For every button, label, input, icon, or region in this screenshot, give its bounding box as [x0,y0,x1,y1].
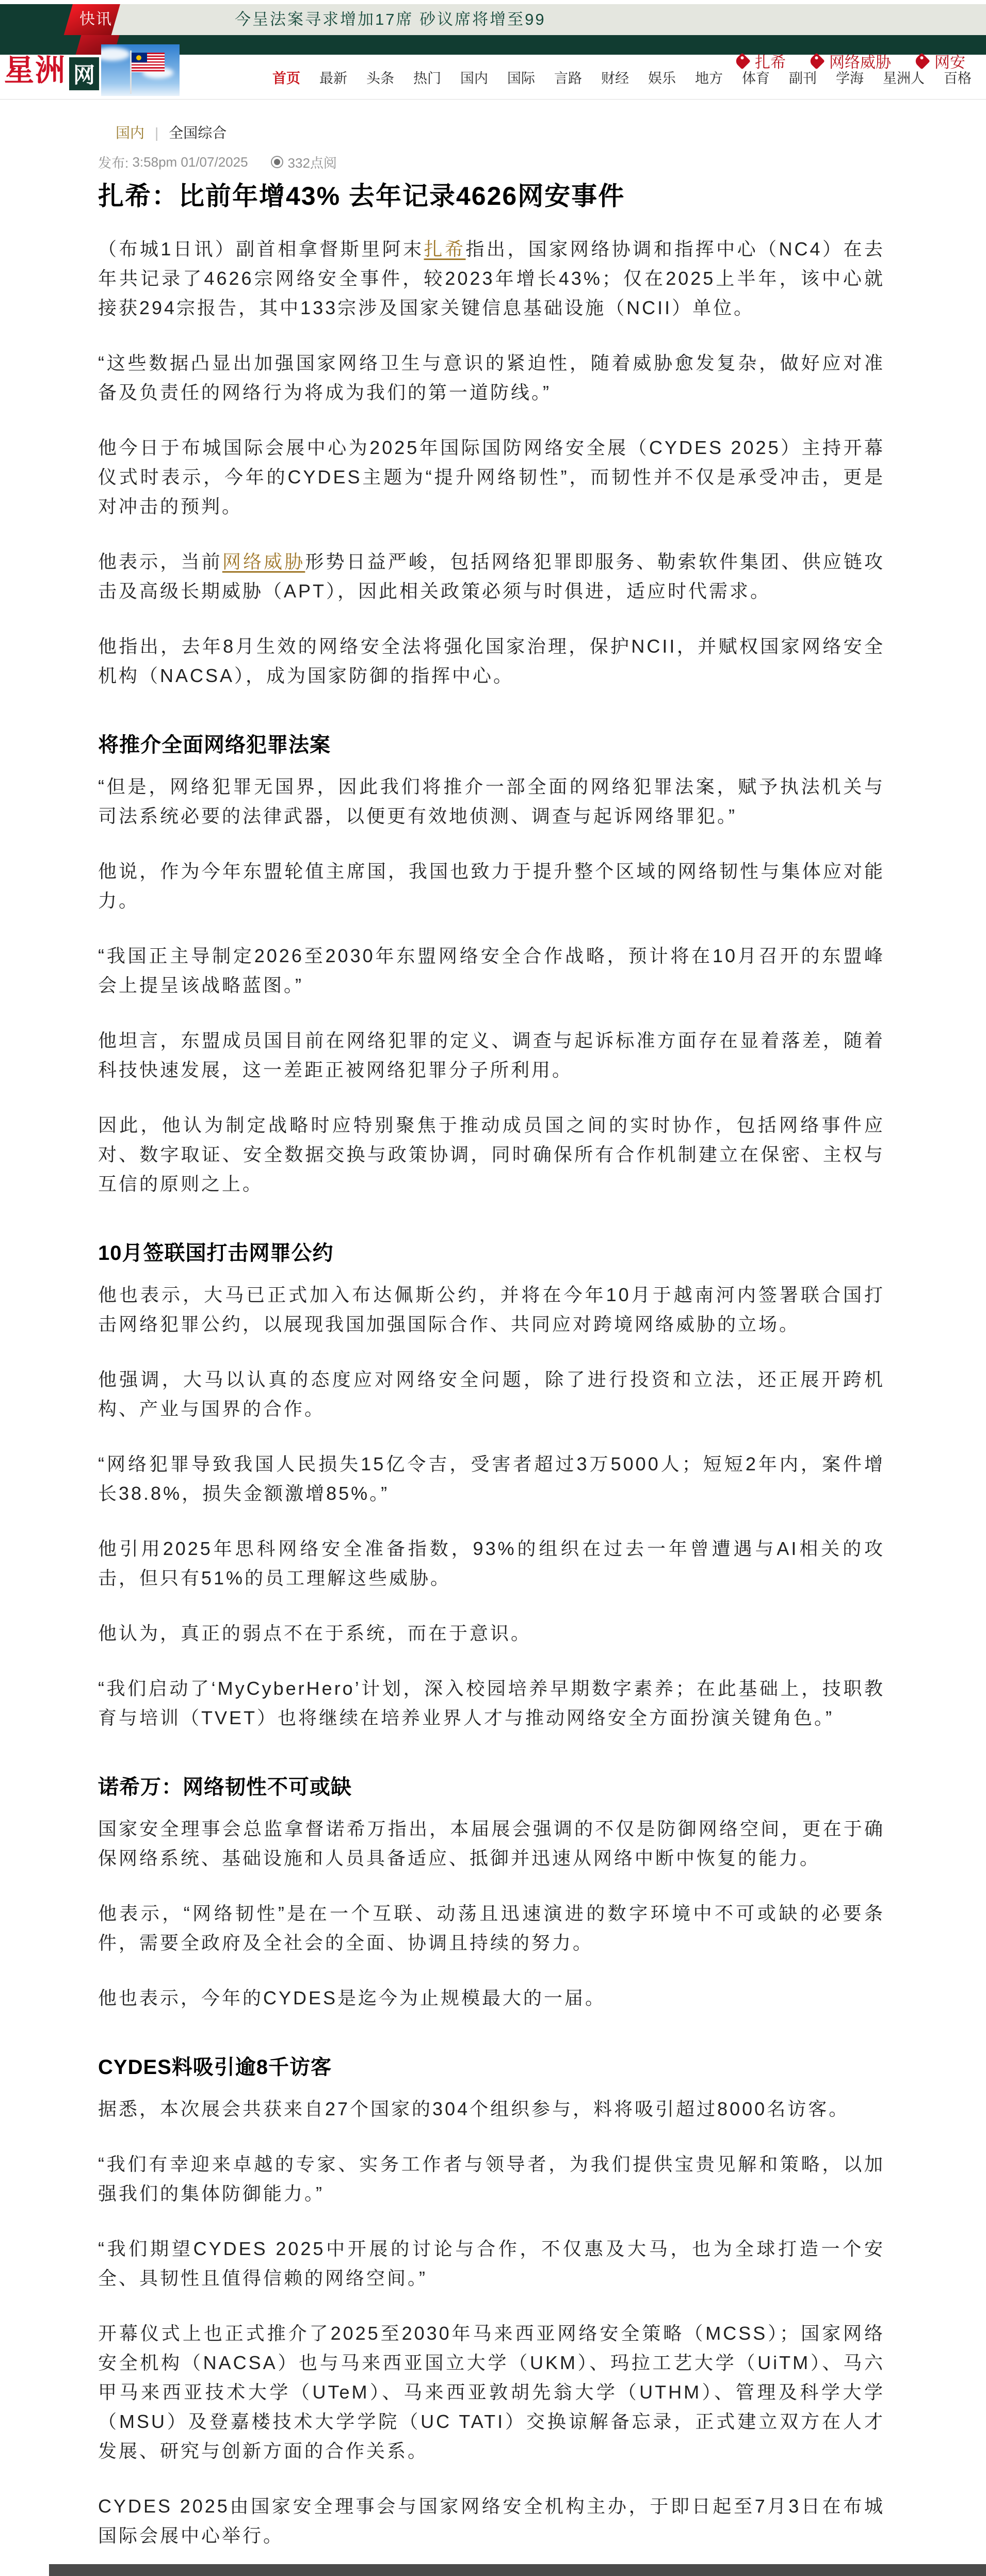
nav-item-4[interactable]: 国内 [460,67,488,87]
article-paragraph-3: 他表示，当前网络威胁形势日益严峻，包括网络犯罪即服务、勒索软件集团、供应链攻击及… [98,547,885,606]
paragraph-text: “我们有幸迎来卓越的专家、实务工作者与领导者，为我们提供宝贵见解和策略，以加强我… [98,2153,885,2204]
publish-time: 3:58pm 01/07/2025 [132,154,248,170]
article-paragraph-16: 他认为，真正的弱点不在于系统，而在于意识。 [98,1618,885,1648]
paragraph-text: 他表示，当前 [98,551,222,572]
article-paragraph-9: 他坦言，东盟成员国目前在网络犯罪的定义、调查与起诉标准方面存在显着落差，随着科技… [98,1026,885,1084]
article-paragraph-20: 他表示，“网络韧性”是在一个互联、动荡且迅速演进的数字环境中不可或缺的必要条件，… [98,1899,885,1957]
paragraph-text: 开幕仪式上也正式推介了2025至2030年马来西亚网络安全策略（MCSS）；国家… [98,2323,885,2461]
eye-icon [271,156,283,168]
section-heading-22: CYDES料吸引逾8千访客 [98,2054,885,2081]
paragraph-text: “这些数据凸显出加强国家网络卫生与意识的紧迫性，随着威胁愈发复杂，做好应对准备及… [98,352,885,403]
tag-icon [808,53,825,70]
breadcrumb-section[interactable]: 国内 [116,125,144,141]
paragraph-text: “我们期望CYDES 2025中开展的讨论与合作，不仅惠及大马，也为全球打造一个… [98,2238,885,2289]
breaking-badge-label: 快讯 [75,4,117,35]
logo-photo [101,44,180,96]
tag-list: 扎希网络威胁网安 [736,50,965,72]
paragraph-text: 他也表示，今年的CYDES是迄今为止规模最大的一届。 [98,1987,606,2008]
view-count: 332点阅 [271,153,337,172]
breadcrumb-subsection[interactable]: 全国综合 [169,125,227,141]
breadcrumb-separator: | [155,125,158,141]
nav-item-6[interactable]: 言路 [554,67,582,87]
tag-2[interactable]: 网安 [916,50,965,72]
article-paragraph-10: 因此，他认为制定战略时应特别聚焦于推动成员国之间的实时协作，包括网络事件应对、数… [98,1110,885,1198]
nav-item-2[interactable]: 头条 [366,67,394,87]
paragraph-text: 他指出，去年8月生效的网络安全法将强化国家治理，保护NCII，并赋权国家网络安全… [98,636,885,686]
tag-0[interactable]: 扎希 [736,50,786,72]
inline-link[interactable]: 网络威胁 [222,551,305,572]
logo-text: 星洲 [0,44,66,96]
article-paragraph-13: 他强调，大马以认真的态度应对网络安全问题，除了进行投资和立法，还正展开跨机构、产… [98,1365,885,1423]
nav-item-5[interactable]: 国际 [507,67,535,87]
paragraph-text: 他认为，真正的弱点不在于系统，而在于意识。 [98,1623,531,1644]
paragraph-text: （布城1日讯）副首相拿督斯里阿末 [98,238,424,260]
publish-label: 发布: [98,153,128,172]
article-body: （布城1日讯）副首相拿督斯里阿末扎希指出，国家网络协调和指挥中心（NC4）在去年… [0,234,986,2550]
nav-item-7[interactable]: 财经 [601,67,629,87]
footer-bar [49,2564,986,2576]
article-paragraph-17: “我们启动了‘MyCyberHero’计划，深入校园培养早期数字素养；在此基础上… [98,1674,885,1732]
section-heading-11: 10月签联国打击网罪公约 [98,1240,885,1267]
tag-icon [734,53,751,70]
section-heading-5: 将推介全面网络犯罪法案 [98,732,885,758]
ticker-headline[interactable]: 今呈法案寻求增加17席 砂议席将增至99 [235,4,546,35]
paragraph-text: “但是，网络犯罪无国界，因此我们将推介一部全面的网络犯罪法案，赋予执法机关与司法… [98,776,885,827]
breadcrumb: 国内|全国综合 [116,124,888,142]
paragraph-text: “网络犯罪导致我国人民损失15亿令吉，受害者超过3万5000人；短短2年内，案件… [98,1453,885,1504]
flag-canton [132,53,147,62]
article-paragraph-21: 他也表示，今年的CYDES是迄今为止规模最大的一届。 [98,1983,885,2013]
nav-item-1[interactable]: 最新 [319,67,347,87]
inline-link[interactable]: 扎希 [424,238,466,260]
view-count-text: 332点阅 [288,153,337,172]
section-heading-18: 诺希万：网络韧性不可或缺 [98,1774,885,1801]
logo-net-box: 网 [69,57,99,90]
paragraph-text: “我国正主导制定2026至2030年东盟网络安全合作战略，预计将在10月召开的东… [98,945,885,996]
tag-1[interactable]: 网络威胁 [811,50,891,72]
paragraph-text: 他表示，“网络韧性”是在一个互联、动荡且迅速演进的数字环境中不可或缺的必要条件，… [98,1903,885,1953]
article-paragraph-26: 开幕仪式上也正式推介了2025至2030年马来西亚网络安全策略（MCSS）；国家… [98,2319,885,2466]
article-paragraph-14: “网络犯罪导致我国人民损失15亿令吉，受害者超过3万5000人；短短2年内，案件… [98,1449,885,1508]
paragraph-text: 据悉，本次展会共获来自27个国家的304个组织参与，料将吸引超过8000名访客。 [98,2098,849,2119]
nav-item-9[interactable]: 地方 [695,67,723,87]
article-title: 扎希：比前年增43% 去年记录4626网安事件 [98,181,888,211]
cloud-shape [101,47,130,61]
article-paragraph-7: 他说，作为今年东盟轮值主席国，我国也致力于提升整个区域的网络韧性与集体应对能力。 [98,856,885,915]
nav-item-3[interactable]: 热门 [413,67,441,87]
article-paragraph-27: CYDES 2025由国家安全理事会与国家网络安全机构主办，于即日起至7月3日在… [98,2491,885,2550]
article-paragraph-1: “这些数据凸显出加强国家网络卫生与意识的紧迫性，随着威胁愈发复杂，做好应对准备及… [98,348,885,407]
article-paragraph-4: 他指出，去年8月生效的网络安全法将强化国家治理，保护NCII，并赋权国家网络安全… [98,631,885,690]
paragraph-text: 国家安全理事会总监拿督诺希万指出，本届展会强调的不仅是防御网络空间，更在于确保网… [98,1818,885,1869]
tag-label: 扎希 [755,50,786,72]
paragraph-text: 他引用2025年思科网络安全准备指数，93%的组织在过去一年曾遭遇与AI相关的攻… [98,1538,885,1589]
paragraph-text: 他坦言，东盟成员国目前在网络犯罪的定义、调查与起诉标准方面存在显着落差，随着科技… [98,1030,885,1080]
article-paragraph-0: （布城1日讯）副首相拿督斯里阿末扎希指出，国家网络协调和指挥中心（NC4）在去年… [98,234,885,322]
article-head: 国内|全国综合 发布: 3:58pm 01/07/2025 332点阅 扎希：比… [0,124,986,211]
site-logo[interactable]: 星洲 网 [0,44,180,96]
article-paragraph-6: “但是，网络犯罪无国界，因此我们将推介一部全面的网络犯罪法案，赋予执法机关与司法… [98,772,885,831]
top-strip [0,0,986,4]
malaysia-flag-icon [132,53,165,72]
article-paragraph-12: 他也表示，大马已正式加入布达佩斯公约，并将在今年10月于越南河内签署联合国打击网… [98,1280,885,1339]
article-paragraph-19: 国家安全理事会总监拿督诺希万指出，本届展会强调的不仅是防御网络空间，更在于确保网… [98,1814,885,1873]
article-meta: 发布: 3:58pm 01/07/2025 332点阅 [98,153,888,171]
tag-icon [913,53,930,70]
tag-label: 网络威胁 [829,50,891,72]
tag-label: 网安 [934,50,965,72]
article-paragraph-2: 他今日于布城国际会展中心为2025年国际国防网络安全展（CYDES 2025）主… [98,433,885,521]
paragraph-text: 他强调，大马以认真的态度应对网络安全问题，除了进行投资和立法，还正展开跨机构、产… [98,1369,885,1419]
paragraph-text: 他今日于布城国际会展中心为2025年国际国防网络安全展（CYDES 2025）主… [98,437,885,517]
paragraph-text: “我们启动了‘MyCyberHero’计划，深入校园培养早期数字素养；在此基础上… [98,1678,885,1728]
article-paragraph-8: “我国正主导制定2026至2030年东盟网络安全合作战略，预计将在10月召开的东… [98,941,885,1000]
paragraph-text: 他说，作为今年东盟轮值主席国，我国也致力于提升整个区域的网络韧性与集体应对能力。 [98,861,885,911]
article-paragraph-23: 据悉，本次展会共获来自27个国家的304个组织参与，料将吸引超过8000名访客。 [98,2094,885,2124]
article-paragraph-25: “我们期望CYDES 2025中开展的讨论与合作，不仅惠及大马，也为全球打造一个… [98,2234,885,2293]
paragraph-text: 因此，他认为制定战略时应特别聚焦于推动成员国之间的实时协作，包括网络事件应对、数… [98,1114,885,1194]
paragraph-text: CYDES 2025由国家安全理事会与国家网络安全机构主办，于即日起至7月3日在… [98,2496,885,2546]
breaking-news-bar: 快讯 今呈法案寻求增加17席 砂议席将增至99 [0,4,986,35]
paragraph-text: 他也表示，大马已正式加入布达佩斯公约，并将在今年10月于越南河内签署联合国打击网… [98,1284,885,1335]
article-paragraph-24: “我们有幸迎来卓越的专家、实务工作者与领导者，为我们提供宝贵见解和策略，以加强我… [98,2149,885,2208]
nav-item-0[interactable]: 首页 [272,67,300,87]
article-paragraph-15: 他引用2025年思科网络安全准备指数，93%的组织在过去一年曾遭遇与AI相关的攻… [98,1534,885,1593]
nav-item-8[interactable]: 娱乐 [648,67,676,87]
